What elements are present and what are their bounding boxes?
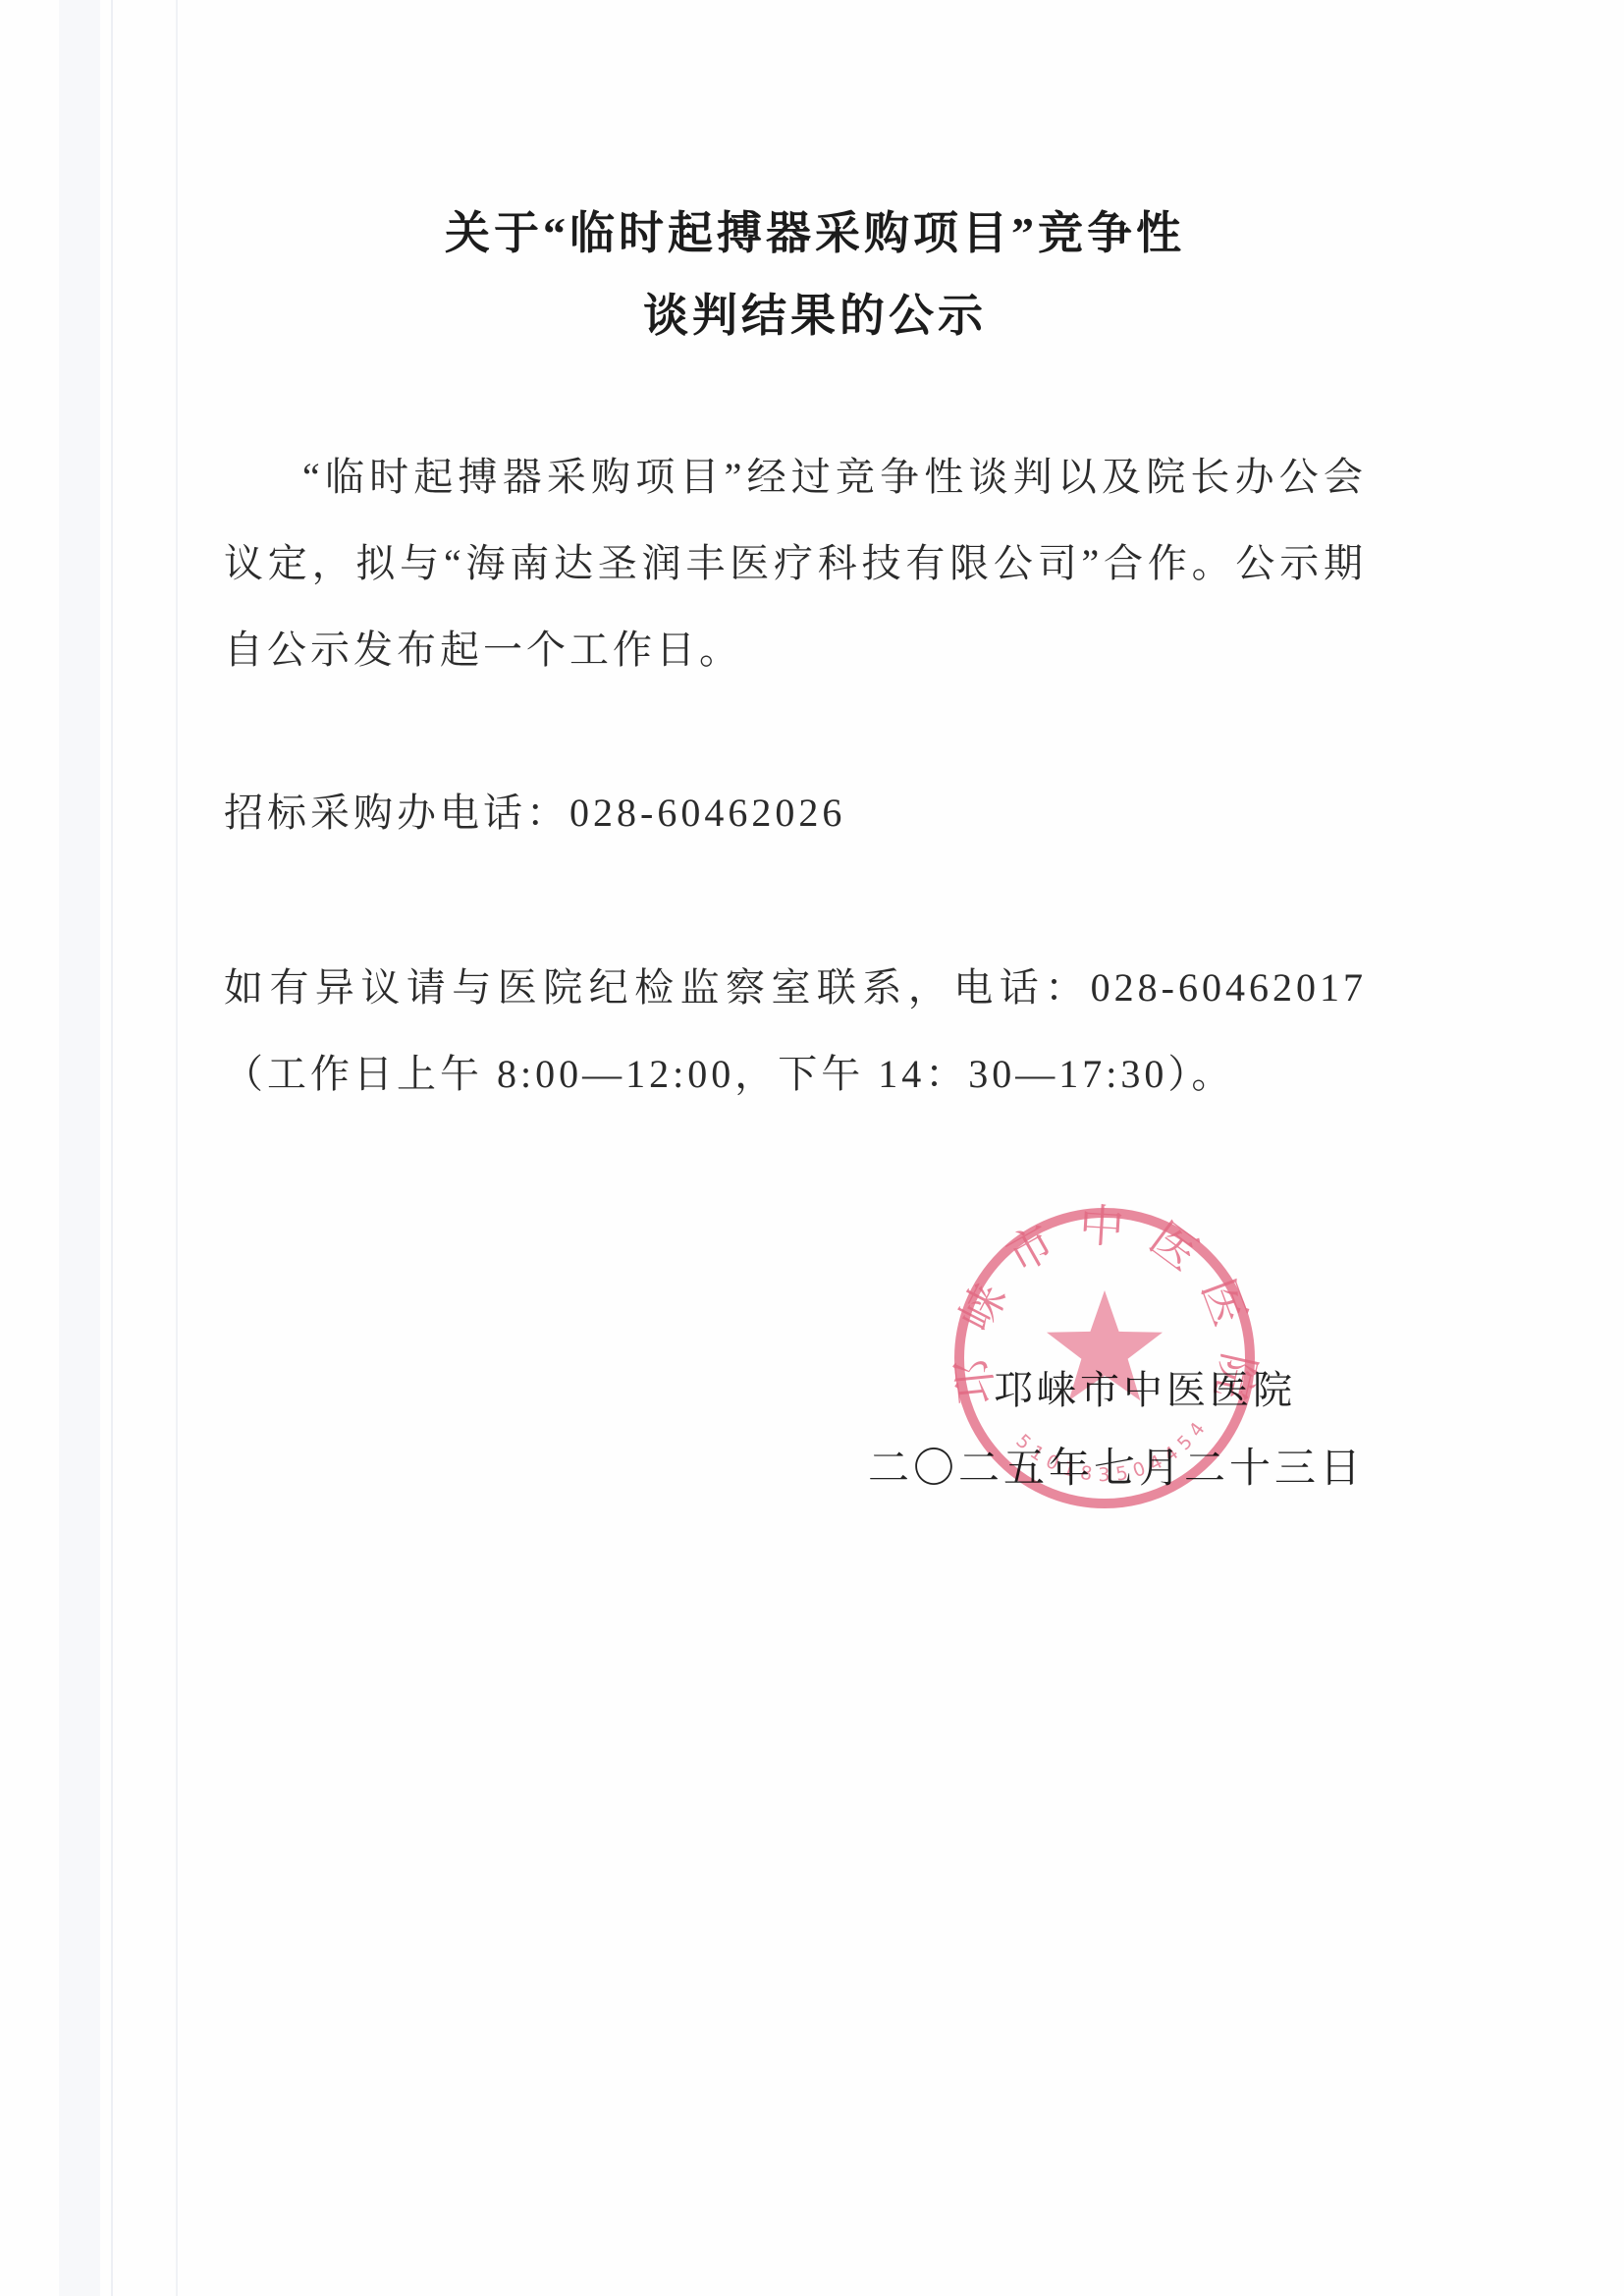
procurement-phone-line: 招标采购办电话：028-60462026 — [224, 786, 1367, 841]
scan-edge-line — [176, 0, 178, 2296]
document-title: 关于“临时起搏器采购项目”竞争性 谈判结果的公示 — [196, 192, 1434, 357]
scanned-document-page: 关于“临时起搏器采购项目”竞争性 谈判结果的公示 “临时起搏器采购项目”经过竞争… — [0, 0, 1624, 2296]
scan-edge-line — [111, 0, 113, 2296]
title-line-1: 关于“临时起搏器采购项目”竞争性 — [196, 192, 1434, 275]
official-seal-stamp: 邛崃市中医医院 5101835044545 — [939, 1192, 1272, 1526]
seal-star-icon — [1047, 1290, 1163, 1400]
title-line-2: 谈判结果的公示 — [196, 275, 1434, 357]
scan-edge-strip — [59, 0, 100, 2296]
announcement-paragraph: “临时起搏器采购项目”经过竞争性谈判以及院长办公会议定，拟与“海南达圣润丰医疗科… — [224, 434, 1367, 693]
appeal-contact-paragraph: 如有异议请与医院纪检监察室联系，电话：028-60462017（工作日上午 8:… — [224, 945, 1367, 1118]
